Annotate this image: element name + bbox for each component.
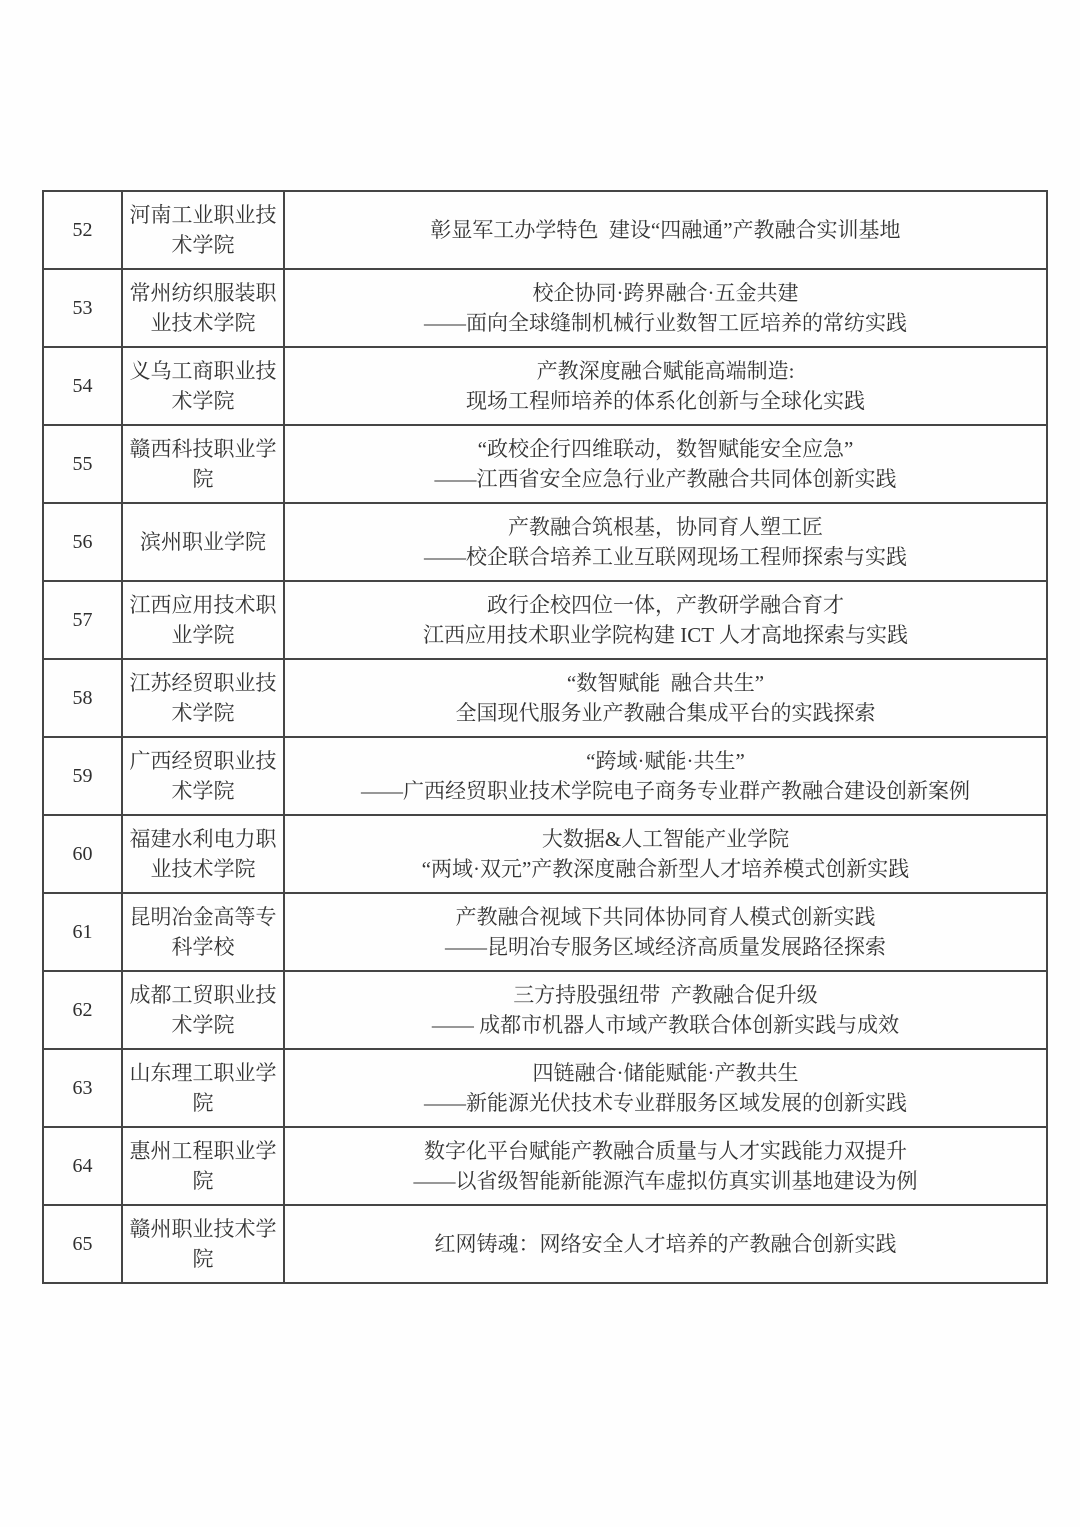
row-number: 56 — [43, 503, 122, 581]
row-number: 53 — [43, 269, 122, 347]
row-number: 60 — [43, 815, 122, 893]
table-row: 60 福建水利电力职业技术学院 大数据&人工智能产业学院“两域·双元”产教深度融… — [43, 815, 1047, 893]
row-number: 62 — [43, 971, 122, 1049]
school-name: 福建水利电力职业技术学院 — [122, 815, 284, 893]
case-table: 52 河南工业职业技术学院 彰显军工办学特色 建设“四融通”产教融合实训基地 5… — [42, 190, 1048, 1284]
table-row: 63 山东理工职业学院 四链融合·储能赋能·产教共生——新能源光伏技术专业群服务… — [43, 1049, 1047, 1127]
row-number: 61 — [43, 893, 122, 971]
case-title: 校企协同·跨界融合·五金共建——面向全球缝制机械行业数智工匠培养的常纺实践 — [284, 269, 1047, 347]
row-number: 55 — [43, 425, 122, 503]
table-row: 53 常州纺织服装职业技术学院 校企协同·跨界融合·五金共建——面向全球缝制机械… — [43, 269, 1047, 347]
title-line: 数字化平台赋能产教融合质量与人才实践能力双提升 — [289, 1136, 1042, 1166]
school-name: 河南工业职业技术学院 — [122, 191, 284, 269]
school-name: 山东理工职业学院 — [122, 1049, 284, 1127]
row-number: 58 — [43, 659, 122, 737]
title-line: 红网铸魂：网络安全人才培养的产教融合创新实践 — [289, 1229, 1042, 1259]
title-line: ——校企联合培养工业互联网现场工程师探索与实践 — [289, 542, 1042, 572]
school-name: 江苏经贸职业技术学院 — [122, 659, 284, 737]
row-number: 59 — [43, 737, 122, 815]
row-number: 52 — [43, 191, 122, 269]
document-page: 52 河南工业职业技术学院 彰显军工办学特色 建设“四融通”产教融合实训基地 5… — [0, 0, 1080, 1527]
school-name: 江西应用技术职业学院 — [122, 581, 284, 659]
school-name: 成都工贸职业技术学院 — [122, 971, 284, 1049]
case-title: 彰显军工办学特色 建设“四融通”产教融合实训基地 — [284, 191, 1047, 269]
title-line: 江西应用技术职业学院构建 ICT 人才高地探索与实践 — [289, 620, 1042, 650]
row-number: 57 — [43, 581, 122, 659]
title-line: 政行企校四位一体，产教研学融合育才 — [289, 590, 1042, 620]
school-name: 赣西科技职业学院 — [122, 425, 284, 503]
case-title: 红网铸魂：网络安全人才培养的产教融合创新实践 — [284, 1205, 1047, 1283]
case-title: 三方持股强纽带 产教融合促升级—— 成都市机器人市域产教联合体创新实践与成效 — [284, 971, 1047, 1049]
table-row: 62 成都工贸职业技术学院 三方持股强纽带 产教融合促升级—— 成都市机器人市域… — [43, 971, 1047, 1049]
table-row: 64 惠州工程职业学院 数字化平台赋能产教融合质量与人才实践能力双提升——以省级… — [43, 1127, 1047, 1205]
school-name: 义乌工商职业技术学院 — [122, 347, 284, 425]
title-line: ——新能源光伏技术专业群服务区域发展的创新实践 — [289, 1088, 1042, 1118]
table-row: 58 江苏经贸职业技术学院 “数智赋能 融合共生”全国现代服务业产教融合集成平台… — [43, 659, 1047, 737]
title-line: “两域·双元”产教深度融合新型人才培养模式创新实践 — [289, 854, 1042, 884]
title-line: ——广西经贸职业技术学院电子商务专业群产教融合建设创新案例 — [289, 776, 1042, 806]
title-line: 三方持股强纽带 产教融合促升级 — [289, 980, 1042, 1010]
row-number: 63 — [43, 1049, 122, 1127]
school-name: 常州纺织服装职业技术学院 — [122, 269, 284, 347]
row-number: 64 — [43, 1127, 122, 1205]
title-line: 产教深度融合赋能高端制造: — [289, 356, 1042, 386]
table-row: 52 河南工业职业技术学院 彰显军工办学特色 建设“四融通”产教融合实训基地 — [43, 191, 1047, 269]
case-title: “跨域·赋能·共生”——广西经贸职业技术学院电子商务专业群产教融合建设创新案例 — [284, 737, 1047, 815]
table-row: 59 广西经贸职业技术学院 “跨域·赋能·共生”——广西经贸职业技术学院电子商务… — [43, 737, 1047, 815]
school-name: 广西经贸职业技术学院 — [122, 737, 284, 815]
title-line: 大数据&人工智能产业学院 — [289, 824, 1042, 854]
case-title: 产教融合筑根基，协同育人塑工匠——校企联合培养工业互联网现场工程师探索与实践 — [284, 503, 1047, 581]
table-row: 54 义乌工商职业技术学院 产教深度融合赋能高端制造:现场工程师培养的体系化创新… — [43, 347, 1047, 425]
case-title: 大数据&人工智能产业学院“两域·双元”产教深度融合新型人才培养模式创新实践 — [284, 815, 1047, 893]
title-line: “政校企行四维联动，数智赋能安全应急” — [289, 434, 1042, 464]
title-line: 彰显军工办学特色 建设“四融通”产教融合实训基地 — [289, 215, 1042, 245]
case-title: “政校企行四维联动，数智赋能安全应急”——江西省安全应急行业产教融合共同体创新实… — [284, 425, 1047, 503]
table-row: 55 赣西科技职业学院 “政校企行四维联动，数智赋能安全应急”——江西省安全应急… — [43, 425, 1047, 503]
row-number: 65 — [43, 1205, 122, 1283]
title-line: “跨域·赋能·共生” — [289, 746, 1042, 776]
title-line: 校企协同·跨界融合·五金共建 — [289, 278, 1042, 308]
case-title: 数字化平台赋能产教融合质量与人才实践能力双提升——以省级智能新能源汽车虚拟仿真实… — [284, 1127, 1047, 1205]
table-body: 52 河南工业职业技术学院 彰显军工办学特色 建设“四融通”产教融合实训基地 5… — [43, 191, 1047, 1283]
title-line: ——江西省安全应急行业产教融合共同体创新实践 — [289, 464, 1042, 494]
case-title: 产教融合视域下共同体协同育人模式创新实践——昆明冶专服务区域经济高质量发展路径探… — [284, 893, 1047, 971]
table-row: 65 赣州职业技术学院 红网铸魂：网络安全人才培养的产教融合创新实践 — [43, 1205, 1047, 1283]
title-line: ——面向全球缝制机械行业数智工匠培养的常纺实践 — [289, 308, 1042, 338]
title-line: 全国现代服务业产教融合集成平台的实践探索 — [289, 698, 1042, 728]
row-number: 54 — [43, 347, 122, 425]
title-line: 产教融合筑根基，协同育人塑工匠 — [289, 512, 1042, 542]
school-name: 惠州工程职业学院 — [122, 1127, 284, 1205]
table-row: 61 昆明冶金高等专科学校 产教融合视域下共同体协同育人模式创新实践——昆明冶专… — [43, 893, 1047, 971]
table-row: 56 滨州职业学院 产教融合筑根基，协同育人塑工匠——校企联合培养工业互联网现场… — [43, 503, 1047, 581]
case-title: 四链融合·储能赋能·产教共生——新能源光伏技术专业群服务区域发展的创新实践 — [284, 1049, 1047, 1127]
case-title: “数智赋能 融合共生”全国现代服务业产教融合集成平台的实践探索 — [284, 659, 1047, 737]
title-line: ——昆明冶专服务区域经济高质量发展路径探索 — [289, 932, 1042, 962]
table-row: 57 江西应用技术职业学院 政行企校四位一体，产教研学融合育才江西应用技术职业学… — [43, 581, 1047, 659]
case-title: 政行企校四位一体，产教研学融合育才江西应用技术职业学院构建 ICT 人才高地探索… — [284, 581, 1047, 659]
title-line: ——以省级智能新能源汽车虚拟仿真实训基地建设为例 — [289, 1166, 1042, 1196]
title-line: 四链融合·储能赋能·产教共生 — [289, 1058, 1042, 1088]
title-line: “数智赋能 融合共生” — [289, 668, 1042, 698]
case-title: 产教深度融合赋能高端制造:现场工程师培养的体系化创新与全球化实践 — [284, 347, 1047, 425]
school-name: 滨州职业学院 — [122, 503, 284, 581]
title-line: —— 成都市机器人市域产教联合体创新实践与成效 — [289, 1010, 1042, 1040]
school-name: 赣州职业技术学院 — [122, 1205, 284, 1283]
school-name: 昆明冶金高等专科学校 — [122, 893, 284, 971]
title-line: 产教融合视域下共同体协同育人模式创新实践 — [289, 902, 1042, 932]
title-line: 现场工程师培养的体系化创新与全球化实践 — [289, 386, 1042, 416]
